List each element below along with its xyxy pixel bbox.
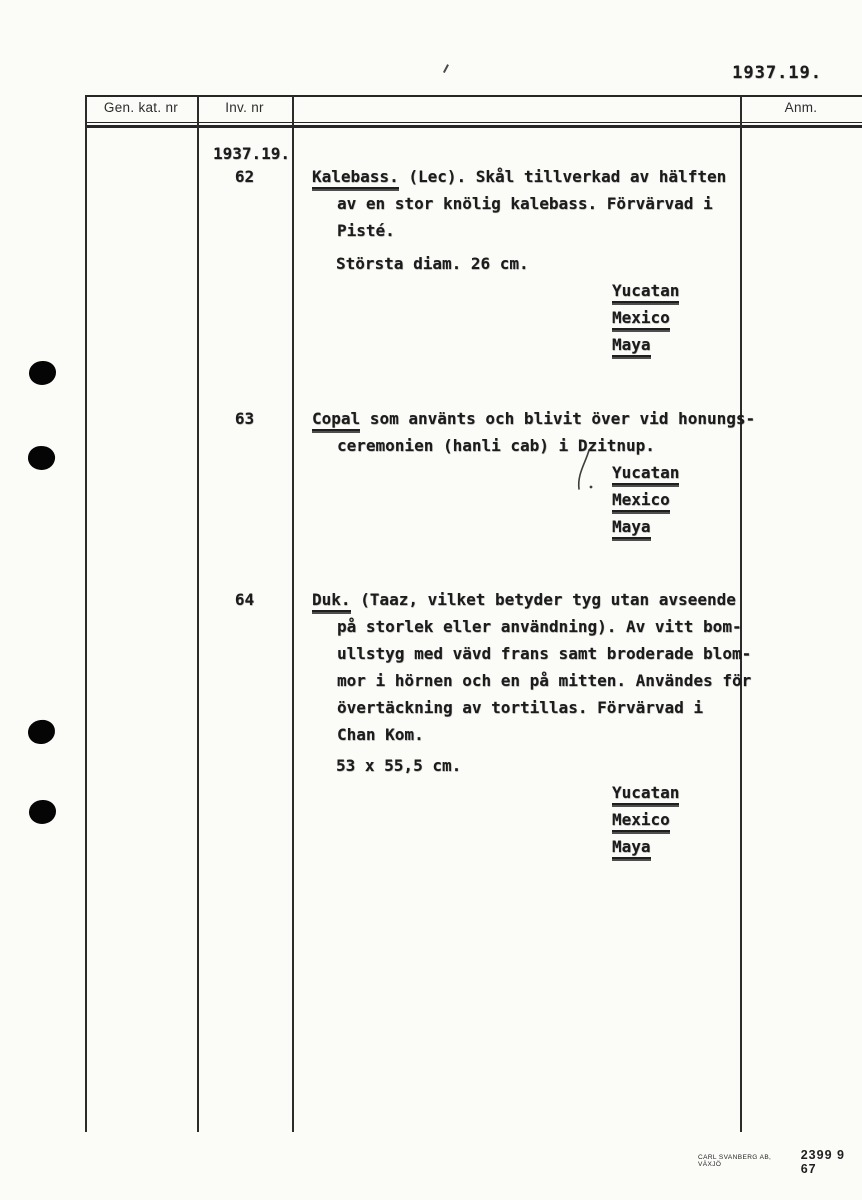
location-label: Maya — [612, 331, 782, 358]
table-left-border — [85, 95, 87, 1132]
object-title: Kalebass. — [312, 166, 399, 189]
location-label: Mexico — [612, 304, 782, 331]
entry-text-line: Copal som använts och blivit över vid ho… — [312, 405, 782, 432]
punch-hole — [26, 444, 56, 472]
scanned-catalog-page: 1937.19. Gen. kat. nr Inv. nr Anm. 1937.… — [0, 0, 862, 1200]
location-label: Yucatan — [612, 459, 782, 486]
punch-hole — [29, 800, 56, 824]
catalog-entry: 62 Kalebass. (Lec). Skål tillverkad av h… — [197, 163, 862, 358]
punch-hole — [29, 361, 56, 385]
location-label: Yucatan — [612, 277, 782, 304]
location-label: Maya — [612, 513, 782, 540]
table-top-border — [85, 95, 862, 97]
dimension-line: 53 x 55,5 cm. — [312, 752, 782, 779]
object-title: Copal — [312, 408, 360, 431]
header-underline-thin — [85, 122, 862, 123]
catalog-entry: 64 Duk. (Taaz, vilket betyder tyg utan a… — [197, 586, 862, 860]
entry-title-rest: (Lec). Skål tillverkad av hälften — [399, 167, 727, 186]
location-block: Yucatan Mexico Maya — [612, 779, 782, 860]
header-inv-nr: Inv. nr — [197, 100, 292, 115]
entry-text-line: av en stor knölig kalebass. Förvärvad i — [312, 190, 782, 217]
scan-speck — [443, 64, 449, 73]
entry-text-line: Kalebass. (Lec). Skål tillverkad av hälf… — [312, 163, 782, 190]
punch-hole — [27, 719, 56, 745]
location-block: Yucatan Mexico Maya — [612, 277, 782, 358]
inventory-number: 62 — [197, 163, 292, 190]
print-code: 2399 9 67 — [801, 1148, 862, 1176]
location-label: Yucatan — [612, 779, 782, 806]
object-title: Duk. — [312, 589, 351, 612]
entry-text-line: övertäckning av tortillas. Förvärvad i — [312, 694, 782, 721]
location-block: Yucatan Mexico Maya — [612, 459, 782, 540]
inventory-number: 64 — [197, 586, 292, 613]
header-gen-kat-nr: Gen. kat. nr — [85, 100, 197, 115]
catalog-entry: 63 Copal som använts och blivit över vid… — [197, 405, 862, 540]
location-label: Maya — [612, 833, 782, 860]
entry-title-rest: (Taaz, vilket betyder tyg utan avseende — [351, 590, 736, 609]
entry-title-rest: som använts och blivit över vid honungs- — [360, 409, 755, 428]
printer-name: CARL SVANBERG AB, VÄXJÖ — [698, 1154, 792, 1168]
stray-ink-mark — [572, 448, 602, 498]
entry-text-line: Duk. (Taaz, vilket betyder tyg utan avse… — [312, 586, 782, 613]
entry-text-line: ceremonien (hanli cab) i Dzitnup. — [312, 432, 782, 459]
entry-text-line: på storlek eller användning). Av vitt bo… — [312, 613, 782, 640]
printer-imprint: CARL SVANBERG AB, VÄXJÖ 2399 9 67 — [698, 1148, 862, 1176]
inventory-number: 63 — [197, 405, 292, 432]
entry-text-line: ullstyg med vävd frans samt broderade bl… — [312, 640, 782, 667]
header-anm: Anm. — [740, 100, 862, 115]
location-label: Mexico — [612, 806, 782, 833]
entry-text-line: mor i hörnen och en på mitten. Användes … — [312, 667, 782, 694]
location-label: Mexico — [612, 486, 782, 513]
entry-text-line: Pisté. — [312, 217, 782, 244]
entry-text-line: Chan Kom. — [312, 721, 782, 748]
header-underline-thick — [85, 125, 862, 128]
dimension-line: Största diam. 26 cm. — [312, 250, 782, 277]
page-catalog-number: 1937.19. — [732, 60, 822, 87]
